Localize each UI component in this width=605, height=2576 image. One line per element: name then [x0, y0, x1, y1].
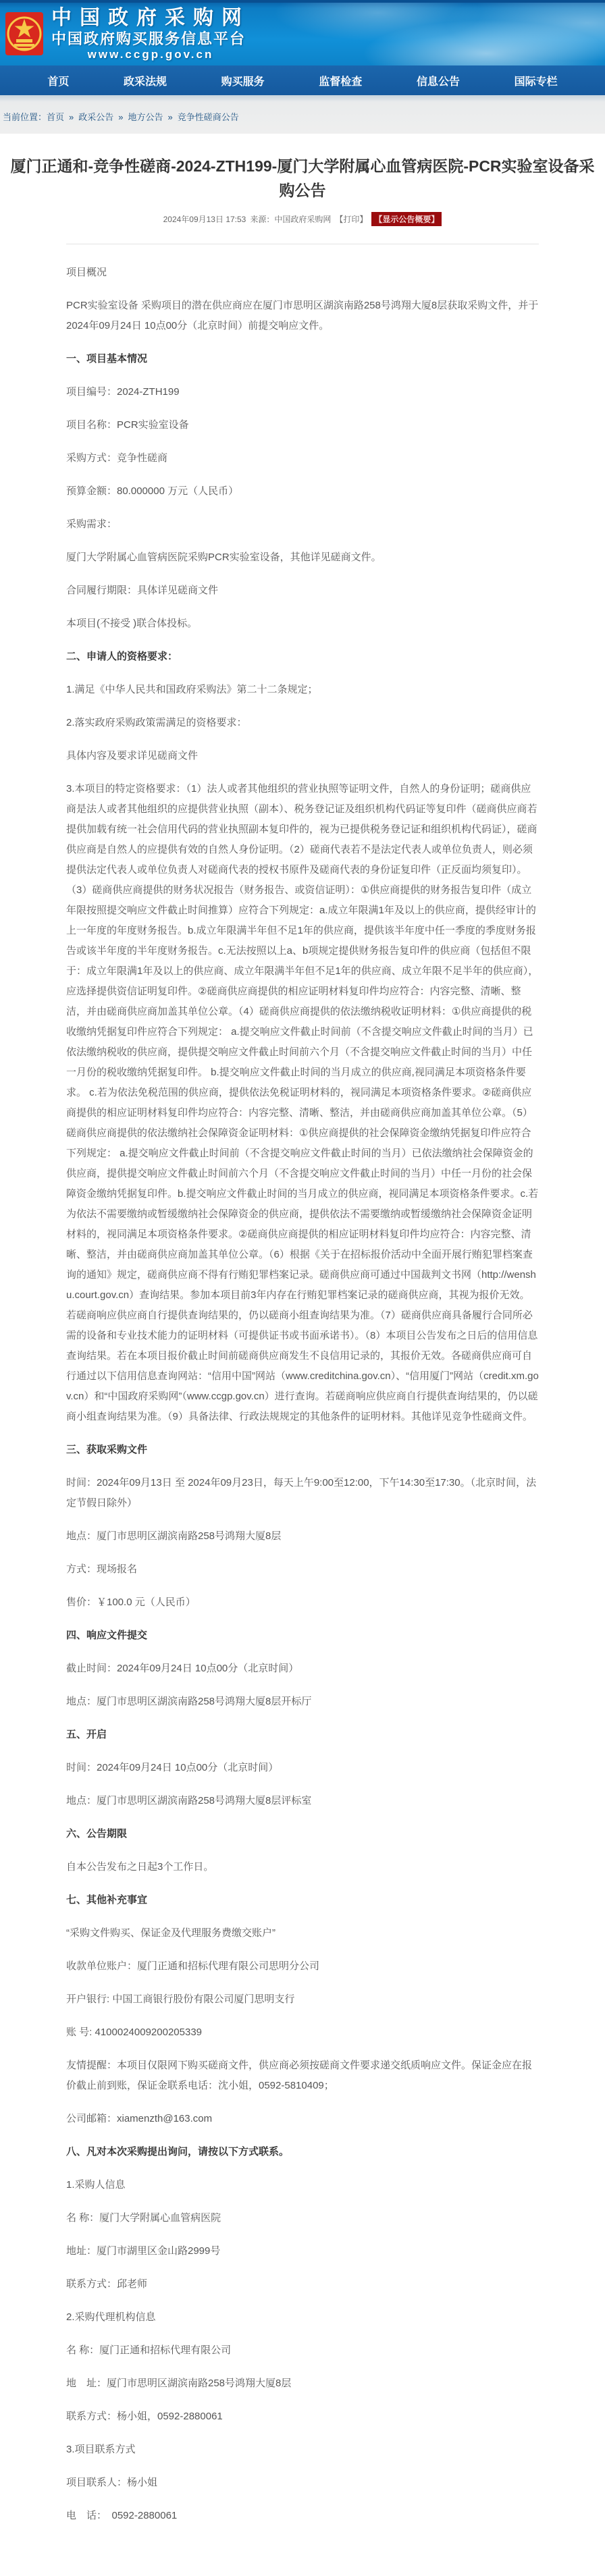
article-source: 来源：中国政府采购网: [250, 213, 331, 225]
breadcrumb-item[interactable]: 首页: [47, 112, 64, 122]
site-subtitle: 中国政府购买服务信息平台: [51, 31, 250, 47]
article-paragraph: 截止时间：2024年09月24日 10点00分（北京时间）: [66, 1659, 539, 1679]
breadcrumb-label: 当前位置：: [3, 110, 47, 123]
article-paragraph: 四、响应文件提交: [66, 1626, 539, 1646]
article-paragraph: 合同履行期限：具体详见磋商文件: [66, 581, 539, 601]
page-title: 厦门正通和-竞争性磋商-2024-ZTH199-厦门大学附属心血管病医院-PCR…: [7, 154, 598, 203]
article-paragraph: 一、项目基本情况: [66, 349, 539, 369]
site-url: www.ccgp.gov.cn: [51, 49, 250, 61]
article-paragraph: 友情提醒：本项目仅限网下购买磋商文件，供应商必须按磋商文件要求递交纸质响应文件。…: [66, 2056, 539, 2096]
site-titles: 中国政府采购网 中国政府购买服务信息平台 www.ccgp.gov.cn: [51, 7, 250, 61]
article-body: 项目概况PCR实验室设备 采购项目的潜在供应商应在厦门市思明区湖滨南路258号鸿…: [66, 244, 539, 2526]
article-paragraph: 本项目(不接受 )联合体投标。: [66, 614, 539, 634]
article-paragraph: 联系方式：杨小姐，0592-2880061: [66, 2407, 539, 2427]
article-paragraph: 时间：2024年09月24日 10点00分（北京时间）: [66, 1758, 539, 1778]
article-paragraph: 收款单位账户：厦门正通和招标代理有限公司思明分公司: [66, 1956, 539, 1977]
article-paragraph: 售价：￥100.0 元（人民币）: [66, 1592, 539, 1613]
nav-item[interactable]: 国际专栏: [515, 73, 558, 88]
article-paragraph: 采购方式：竞争性磋商: [66, 448, 539, 468]
breadcrumb-items: 首页政采公告地方公告竞争性磋商公告: [47, 110, 239, 123]
article-paragraph: 联系方式：邱老师: [66, 2274, 539, 2295]
show-summary-button[interactable]: 【显示公告概要】: [371, 212, 442, 226]
article-paragraph: 地点：厦门市思明区湖滨南路258号鸿翔大厦8层评标室: [66, 1791, 539, 1811]
article-paragraph: 七、其他补充事宜: [66, 1890, 539, 1910]
nav-item[interactable]: 首页: [47, 73, 69, 88]
article-paragraph: 八、凡对本次采购提出询问，请按以下方式联系。: [66, 2142, 539, 2162]
article-paragraph: 自本公告发布之日起3个工作日。: [66, 1857, 539, 1877]
article-paragraph: 三、获取采购文件: [66, 1440, 539, 1460]
article-paragraph: 六、公告期限: [66, 1824, 539, 1844]
breadcrumb-item[interactable]: 竞争性磋商公告: [163, 112, 239, 122]
article-paragraph: 名 称：厦门大学附属心血管病医院: [66, 2208, 539, 2228]
article-paragraph: 方式：现场报名: [66, 1559, 539, 1580]
nav-item[interactable]: 购买服务: [221, 73, 265, 88]
article-paragraph: PCR实验室设备 采购项目的潜在供应商应在厦门市思明区湖滨南路258号鸿翔大厦8…: [66, 296, 539, 336]
article-paragraph: 项目联系人：杨小姐: [66, 2473, 539, 2493]
article-paragraph: 公司邮箱：xiamenzth@163.com: [66, 2109, 539, 2129]
article-paragraph: 名 称：厦门正通和招标代理有限公司: [66, 2340, 539, 2361]
main-nav: 首页政采法规购买服务监督检查信息公告国际专栏: [0, 65, 605, 95]
article-paragraph: 预算金额：80.000000 万元（人民币）: [66, 481, 539, 502]
site-logo-link[interactable]: 中国政府采购网 中国政府购买服务信息平台 www.ccgp.gov.cn: [0, 3, 605, 61]
nav-item[interactable]: 监督检查: [319, 73, 362, 88]
breadcrumb-item[interactable]: 地方公告: [113, 112, 163, 122]
national-emblem-icon: [5, 12, 43, 55]
nav-item[interactable]: 政采法规: [124, 73, 167, 88]
article-paragraph: 项目编号：2024-ZTH199: [66, 382, 539, 402]
site-header: 中国政府采购网 中国政府购买服务信息平台 www.ccgp.gov.cn: [0, 0, 605, 65]
print-button[interactable]: 【打印】: [335, 213, 367, 225]
article-paragraph: 地 址：厦门市思明区湖滨南路258号鸿翔大厦8层: [66, 2373, 539, 2394]
article-paragraph: 五、开启: [66, 1725, 539, 1745]
nav-item[interactable]: 信息公告: [417, 73, 460, 88]
site-title: 中国政府采购网: [51, 7, 250, 29]
article-paragraph: 2.落实政府采购政策需满足的资格要求：: [66, 713, 539, 733]
article-paragraph: 时间：2024年09月13日 至 2024年09月23日，每天上午9:00至12…: [66, 1473, 539, 1513]
article-paragraph: 3.项目联系方式: [66, 2440, 539, 2460]
article-paragraph: 厦门大学附属心血管病医院采购PCR实验室设备，其他详见磋商文件。: [66, 547, 539, 568]
article-paragraph: 项目概况: [66, 263, 539, 283]
article-paragraph: 3.本项目的特定资格要求：（1）法人或者其他组织的营业执照等证明文件，自然人的身…: [66, 779, 539, 1427]
article-paragraph: 开户银行: 中国工商银行股份有限公司厦门思明支行: [66, 1989, 539, 2010]
article-paragraph: 1.采购人信息: [66, 2175, 539, 2195]
article-paragraph: 电 话： 0592-2880061: [66, 2506, 539, 2526]
breadcrumb: 当前位置： 首页政采公告地方公告竞争性磋商公告: [0, 95, 605, 134]
article-paragraph: 二、申请人的资格要求：: [66, 647, 539, 667]
article: 厦门正通和-竞争性磋商-2024-ZTH199-厦门大学附属心血管病医院-PCR…: [0, 154, 605, 2576]
article-paragraph: 地址：厦门市湖里区金山路2999号: [66, 2241, 539, 2261]
article-paragraph: 具体内容及要求详见磋商文件: [66, 746, 539, 766]
article-paragraph: 地点：厦门市思明区湖滨南路258号鸿翔大厦8层开标厅: [66, 1692, 539, 1712]
article-paragraph: 1.满足《中华人民共和国政府采购法》第二十二条规定；: [66, 680, 539, 700]
article-meta: 2024年09月13日 17:53 来源：中国政府采购网 【打印】 【显示公告概…: [0, 212, 605, 226]
article-paragraph: 2.采购代理机构信息: [66, 2307, 539, 2328]
article-paragraph: 采购需求：: [66, 514, 539, 535]
article-datetime: 2024年09月13日 17:53: [163, 213, 246, 225]
breadcrumb-item[interactable]: 政采公告: [64, 112, 113, 122]
article-paragraph: “采购文件购买、保证金及代理服务费缴交账户”: [66, 1923, 539, 1943]
article-paragraph: 项目名称：PCR实验室设备: [66, 415, 539, 435]
article-paragraph: 地点：厦门市思明区湖滨南路258号鸿翔大厦8层: [66, 1526, 539, 1547]
article-paragraph: 账 号: 4100024009200205339: [66, 2022, 539, 2043]
